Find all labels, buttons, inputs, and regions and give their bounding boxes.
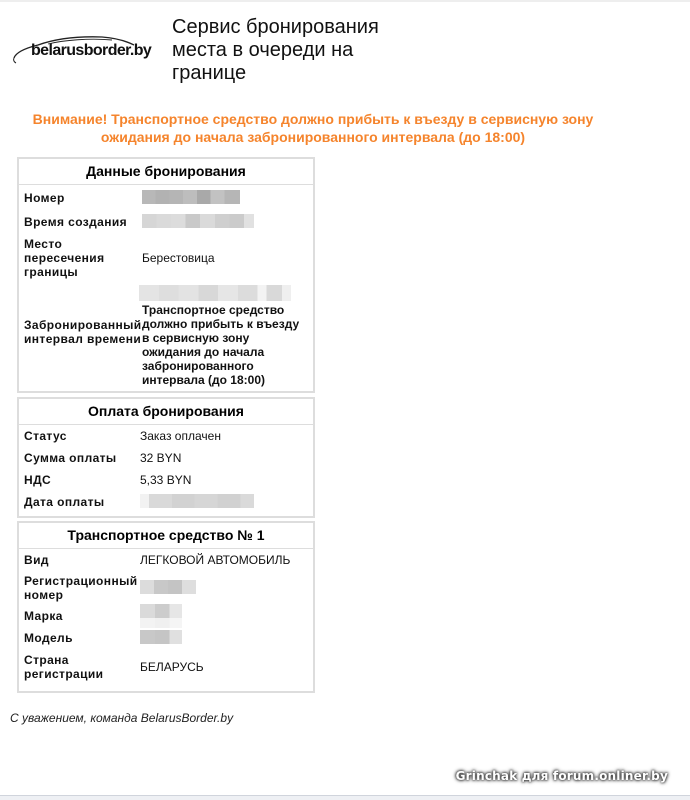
payment-panel: Оплата бронирования Статус Заказ оплачен… <box>17 397 315 518</box>
vehicle-row-reg-number: Регистрационный номер <box>19 571 313 605</box>
payment-row-vat: НДС 5,33 BYN <box>19 469 313 491</box>
booking-panel-title: Данные бронирования <box>19 159 313 185</box>
label-created-time: Время создания <box>19 215 142 229</box>
vehicle-panel-title: Транспортное средство № 1 <box>19 523 313 549</box>
vehicle-panel: Транспортное средство № 1 Вид ЛЕГКОВОЙ А… <box>17 521 315 693</box>
value-vat: 5,33 BYN <box>140 473 191 487</box>
value-number <box>142 190 240 207</box>
value-vehicle-type: ЛЕГКОВОЙ АВТОМОБИЛЬ <box>140 553 290 567</box>
booking-row-created: Время создания <box>19 211 313 233</box>
label-vat: НДС <box>19 473 140 487</box>
label-model: Модель <box>19 631 140 645</box>
watermark: Grinchak для forum.onliner.by <box>456 769 668 783</box>
warning-line-1: Внимание! Транспортное средство должно п… <box>0 110 626 128</box>
vehicle-row-type: Вид ЛЕГКОВОЙ АВТОМОБИЛЬ <box>19 549 313 571</box>
redacted-payment-date <box>140 494 254 508</box>
value-model <box>140 630 182 647</box>
value-make <box>140 604 182 628</box>
label-crossing-point: Место пересечения границы <box>19 237 142 279</box>
bottom-border <box>0 795 690 800</box>
value-country: БЕЛАРУСЬ <box>140 660 204 674</box>
label-reg-number: Регистрационный номер <box>19 574 140 602</box>
redacted-interval <box>139 285 291 301</box>
label-amount: Сумма оплаты <box>19 451 140 465</box>
label-country: Страна регистрации <box>19 653 140 681</box>
value-reg-number <box>140 580 196 597</box>
warning-banner: Внимание! Транспортное средство должно п… <box>0 110 626 146</box>
redacted-make <box>140 604 182 618</box>
logo[interactable]: belarusborder.by <box>12 28 157 72</box>
signature: С уважением, команда BelarusBorder.by <box>10 711 233 725</box>
vehicle-row-make: Марка <box>19 605 313 627</box>
label-booked-interval: Забронированный интервал времени <box>19 318 142 346</box>
label-payment-date: Дата оплаты <box>19 495 140 509</box>
payment-row-date: Дата оплаты <box>19 491 313 513</box>
value-status: Заказ оплачен <box>140 429 221 443</box>
payment-row-amount: Сумма оплаты 32 BYN <box>19 447 313 469</box>
label-number: Номер <box>19 191 142 205</box>
page-title: Сервис бронирования места в очереди на г… <box>172 16 412 85</box>
top-border <box>0 0 690 2</box>
warning-line-2: ожидания до начала забронированного инте… <box>0 128 626 146</box>
value-crossing-point: Берестовица <box>142 251 215 265</box>
interval-note: Транспортное средство должно прибыть к в… <box>142 303 307 387</box>
payment-panel-title: Оплата бронирования <box>19 399 313 425</box>
value-payment-date <box>140 494 254 511</box>
redacted-number <box>142 190 240 204</box>
vehicle-row-country: Страна регистрации БЕЛАРУСЬ <box>19 649 313 685</box>
value-booked-interval: Транспортное средство должно прибыть к в… <box>142 283 307 387</box>
label-make: Марка <box>19 609 140 623</box>
label-vehicle-type: Вид <box>19 553 140 567</box>
redacted-model <box>140 630 182 644</box>
label-status: Статус <box>19 429 140 443</box>
payment-row-status: Статус Заказ оплачен <box>19 425 313 447</box>
value-created-time <box>142 214 254 231</box>
booking-data-panel: Данные бронирования Номер Время создания… <box>17 157 315 393</box>
vehicle-row-model: Модель <box>19 627 313 649</box>
logo-text: belarusborder.by <box>31 42 151 60</box>
redacted-reg-number <box>140 580 196 594</box>
booking-row-interval: Забронированный интервал времени Транспо… <box>19 283 313 388</box>
booking-row-crossing: Место пересечения границы Берестовица <box>19 233 313 283</box>
booking-row-number: Номер <box>19 185 313 211</box>
value-amount: 32 BYN <box>140 451 181 465</box>
redacted-created-time <box>142 214 254 228</box>
